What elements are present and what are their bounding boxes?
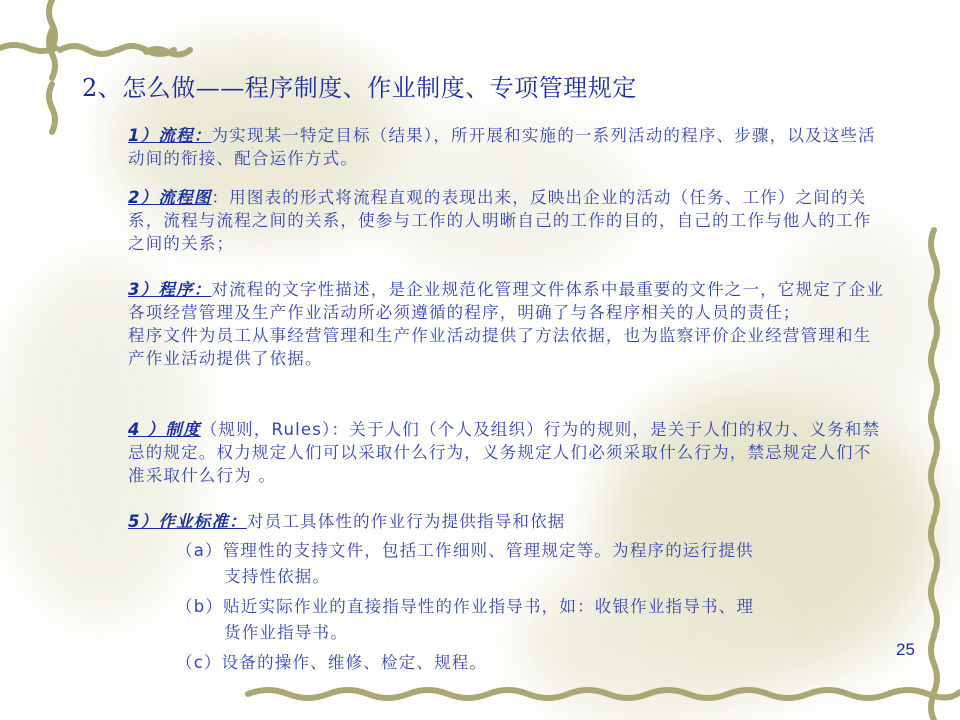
item-label: 4 ）制度 bbox=[128, 420, 201, 439]
item-label: 1）流程： bbox=[128, 126, 211, 145]
item-label: 3）程序： bbox=[128, 280, 211, 299]
subitem-b: （b）贴近实际作业的直接指导性的作业指导书，如：收银作业指导书、理 货作业指导书… bbox=[176, 594, 876, 646]
item-label: 2）流程图 bbox=[128, 188, 211, 207]
item-label: 5）作业标准： bbox=[128, 512, 247, 531]
item-text: ：用图表的形式将流程直观的表现出来，反映出企业的活动（任务、工作）之间的关系，流… bbox=[128, 188, 871, 253]
item-text: 为实现某一特定目标（结果），所开展和实施的一系列活动的程序、步骤，以及这些活动间… bbox=[128, 126, 876, 168]
subitem-marker: （b） bbox=[176, 597, 223, 616]
item-rules: 4 ）制度（规则，Rules）：关于人们（个人及组织）行为的规则，是关于人们的权… bbox=[128, 418, 888, 487]
subitem-marker: （a） bbox=[176, 541, 223, 560]
item-text-continued: 程序文件为员工从事经营管理和生产作业活动提供了方法依据，也为监察评价企业经营管理… bbox=[128, 326, 871, 368]
subitem-text: 贴近实际作业的直接指导性的作业指导书，如：收银作业指导书、理 bbox=[223, 597, 754, 616]
item-process: 1）流程：为实现某一特定目标（结果），所开展和实施的一系列活动的程序、步骤，以及… bbox=[128, 124, 888, 170]
subitem-c: （c）设备的操作、维修、检定、规程。 bbox=[176, 650, 876, 676]
slide: 2、怎么做——程序制度、作业制度、专项管理规定 1）流程：为实现某一特定目标（结… bbox=[0, 0, 960, 720]
subitem-text: 管理性的支持文件，包括工作细则、管理规定等。为程序的运行提供 bbox=[223, 541, 754, 560]
page-number: 25 bbox=[896, 640, 915, 660]
subitem-text-cont: 支持性依据。 bbox=[176, 564, 876, 590]
item-work-standard: 5）作业标准：对员工具体性的作业行为提供指导和依据 bbox=[128, 510, 888, 533]
item-procedure: 3）程序：对流程的文字性描述，是企业规范化管理文件体系中最重要的文件之一，它规定… bbox=[128, 278, 888, 370]
slide-title: 2、怎么做——程序制度、作业制度、专项管理规定 bbox=[82, 68, 637, 103]
item-flowchart: 2）流程图：用图表的形式将流程直观的表现出来，反映出企业的活动（任务、工作）之间… bbox=[128, 186, 888, 255]
subitem-a: （a）管理性的支持文件，包括工作细则、管理规定等。为程序的运行提供 支持性依据。 bbox=[176, 538, 876, 590]
subitem-text-cont: 货作业指导书。 bbox=[176, 620, 876, 646]
item-text: 对员工具体性的作业行为提供指导和依据 bbox=[247, 512, 566, 531]
item-text: （规则，Rules）：关于人们（个人及组织）行为的规则，是关于人们的权力、义务和… bbox=[128, 420, 880, 485]
subitem-marker: （c） bbox=[176, 653, 222, 672]
subitem-text: 设备的操作、维修、检定、规程。 bbox=[222, 653, 488, 672]
item-text: 对流程的文字性描述，是企业规范化管理文件体系中最重要的文件之一，它规定了企业各项… bbox=[128, 280, 884, 322]
